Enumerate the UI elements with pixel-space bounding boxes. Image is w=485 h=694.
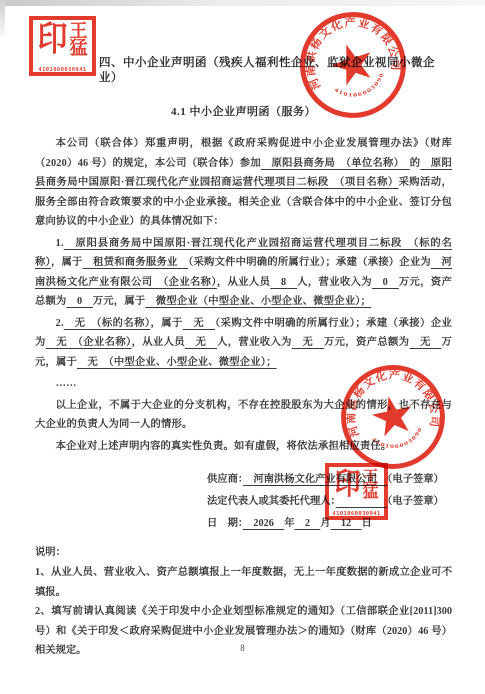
filled-value: 无 （标的名称）	[64, 318, 151, 329]
template-text: 的	[410, 158, 421, 169]
template-text: 人，营业收入为	[217, 337, 292, 348]
filled-value: 无	[183, 318, 215, 329]
filled-value: 无	[185, 337, 217, 348]
scan-edge-top	[0, 0, 485, 6]
note-item-1: 1、从业人员、营业收入、资产总额填报上一年度数据，无上一年度数据的新成立企业可不…	[35, 563, 452, 602]
template-text: （电子签章）	[387, 496, 444, 507]
filled-value: 原阳县商务局 （单位名称）	[261, 158, 410, 169]
document-content: 四、中小企业声明函（残疾人福利性企业、监狱企业视同小微企业） 4.1 中小企业声…	[35, 56, 452, 661]
item-1-paragraph: 1. 原阳县商务局中国原阳·晋江现代化产业园招商运营代理项目二标段 （标的名称）…	[35, 234, 452, 312]
personal-seal-characters: 印 王 猛	[33, 20, 92, 59]
template-text: ，属于	[51, 257, 83, 268]
template-text: 万元，资产总额为	[324, 337, 410, 348]
filled-value: 2026	[243, 518, 284, 529]
declaration-paragraph: 本公司（联合体）郑重声明，根据《政府采购促进中小企业发展管理办法》（财库（202…	[35, 134, 452, 232]
filled-value: 0	[67, 296, 93, 307]
filled-value: 8	[270, 277, 297, 288]
template-text: ，属于	[151, 318, 183, 329]
template-text: （电子签章）	[387, 474, 444, 485]
signature-supplier-line: 供应商： 河南洪杨文化产业有限公司 （电子签章）	[207, 469, 452, 491]
document-page: 四、中小企业声明函（残疾人福利性企业、监狱企业视同小微企业） 4.1 中小企业声…	[0, 0, 485, 694]
seal-char-yin: 印	[38, 22, 68, 57]
filled-value: 河南洪杨文化产业有限公司	[243, 474, 387, 485]
page-number: 8	[0, 643, 485, 653]
template-text: 法定代表人或其委托代理人：	[207, 496, 336, 507]
template-text: ……	[56, 378, 77, 389]
filled-value: 微型企业（中型企业、小型企业、微型企业）；	[145, 296, 371, 307]
template-text: 2.	[56, 318, 64, 329]
seal-char-meng: 猛	[70, 40, 88, 57]
template-text: 本企业对上述声明内容的真实性负责。如有虚假，将依法承担相应责任。	[56, 441, 392, 452]
filled-value: 无	[292, 337, 324, 348]
item-2-paragraph: 2. 无 （标的名称），属于 无 （采购文件中明确的所属行业）；承建（承接）企业…	[35, 314, 452, 373]
seal-char-wang: 王	[70, 23, 88, 40]
notes-label: 说明：	[35, 543, 452, 563]
filled-value: 无 （中型企业、小型企业、微型企业）；	[77, 357, 277, 368]
seal-name-chars: 王 猛	[70, 23, 88, 57]
ellipsis-paragraph: ……	[35, 374, 452, 394]
filled-value: 无	[409, 337, 441, 348]
template-text: 日	[361, 518, 371, 529]
filled-value: 租赁和商务服务业	[83, 257, 188, 268]
document-subtitle: 4.1 中小企业声明函（服务）	[35, 105, 452, 119]
no-branch-paragraph: 以上企业，不属于大企业的分支机构，不存在控股股东为大企业的情形，也不存在与大企业…	[35, 396, 452, 435]
filled-value: 无 （企业名称）	[46, 337, 132, 348]
filled-value: 12	[331, 518, 362, 529]
filled-value	[336, 496, 387, 507]
document-title: 四、中小企业声明函（残疾人福利性企业、监狱企业视同小微企业）	[99, 56, 452, 86]
filled-value: 0	[372, 277, 399, 288]
responsibility-paragraph: 本企业对上述声明内容的真实性负责。如有虚假，将依法承担相应责任。	[35, 437, 452, 457]
template-text: 人，营业收入为	[297, 277, 372, 288]
signature-legal-rep-line: 法定代表人或其委托代理人： （电子签章）	[207, 491, 452, 513]
document-body: 本公司（联合体）郑重声明，根据《政府采购促进中小企业发展管理办法》（财库（202…	[35, 134, 452, 456]
template-text: ，从业人员	[132, 337, 185, 348]
template-text: ，从业人员	[217, 277, 270, 288]
template-text: 1.	[56, 238, 64, 249]
template-text: （采购文件中明确的所属行业）；承建（承接）企业为	[188, 257, 431, 268]
template-text: 日 期：	[207, 518, 243, 529]
template-text: 供应商：	[207, 474, 243, 485]
filled-value: 2	[295, 518, 321, 529]
template-text: 以上企业，不属于大企业的分支机构，不存在控股股东为大企业的情形，也不存在与大企业…	[35, 400, 452, 431]
template-text: 万元，属于	[93, 296, 145, 307]
signature-block: 供应商： 河南洪杨文化产业有限公司 （电子签章） 法定代表人或其委托代理人： （…	[207, 469, 452, 535]
signature-date-line: 日 期： 2026 年 2 月 12 日	[207, 513, 452, 535]
scan-edge-left	[0, 0, 5, 36]
template-text: 年	[284, 518, 294, 529]
template-text: 月	[320, 518, 330, 529]
